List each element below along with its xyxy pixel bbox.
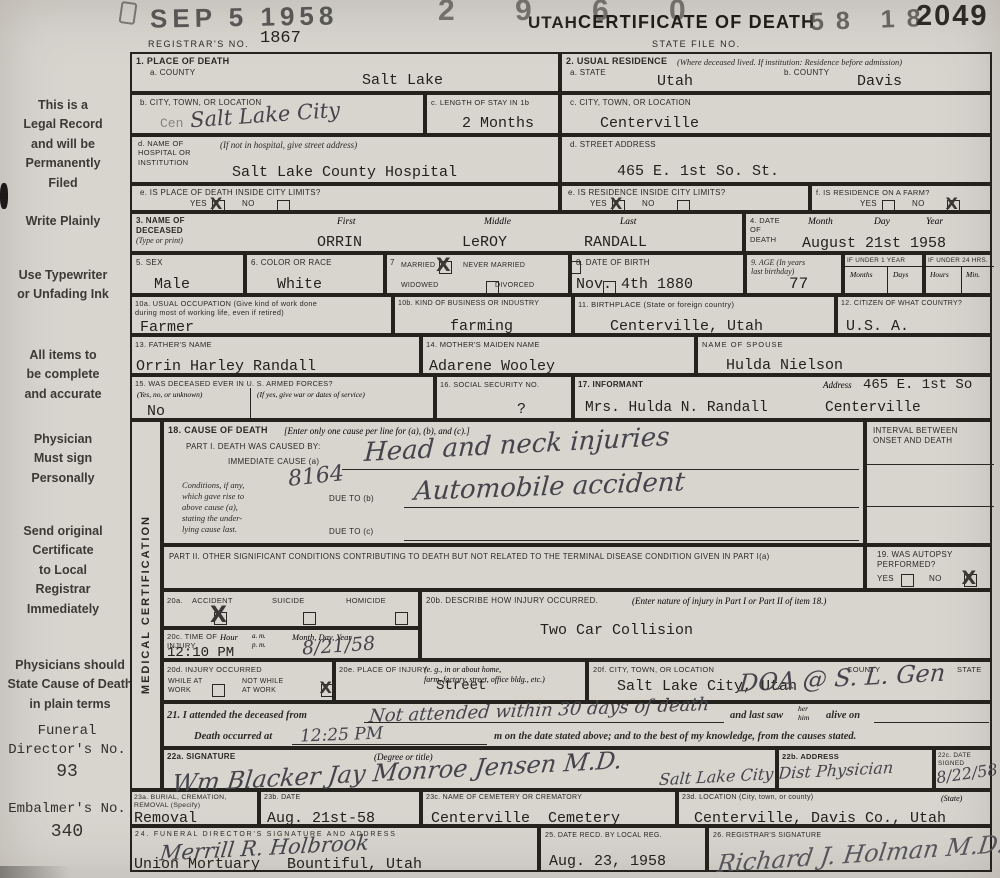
- under-24-hrs-label: IF UNDER 24 HRS.: [928, 257, 988, 265]
- hospital-note: (If not in hospital, give street address…: [220, 140, 357, 150]
- section-11-birthplace: 11. BIRTHPLACE (State or foreign country…: [573, 295, 836, 335]
- city-ghost-text: Cen: [160, 116, 183, 131]
- hospital-value: Salt Lake County Hospital: [232, 164, 457, 181]
- alive-on-text: alive on: [826, 710, 860, 721]
- state-file-no-label: STATE FILE NO.: [652, 39, 741, 50]
- hours-label: Hours: [930, 270, 949, 279]
- registrar-no-value: 1867: [260, 29, 301, 48]
- burial-date-label: 23b. DATE: [264, 794, 300, 803]
- section-20e-place-of-injury: 20e. PLACE OF INJURY (e. g., in or about…: [334, 660, 587, 702]
- section-22b-address: 22b. ADDRESS Salt Lake City Dist Physici…: [777, 748, 934, 790]
- place-of-death-header: 1. PLACE OF DEATH: [136, 56, 229, 67]
- place-of-injury-value: Street: [436, 678, 486, 694]
- s20a-num: 20a.: [167, 596, 183, 605]
- funeral-director-no: 93: [0, 760, 134, 784]
- section-20d-injury-occurred: 20d. INJURY OCCURRED WHILE AT WORK NOT W…: [162, 660, 334, 702]
- county-label: a. COUNTY: [150, 68, 195, 78]
- county-value: Salt Lake: [362, 72, 443, 89]
- section-18-cause-of-death: 18. CAUSE OF DEATH [Enter only one cause…: [162, 420, 865, 545]
- section-18-interval-column: INTERVAL BETWEEN ONSET AND DEATH: [865, 420, 992, 545]
- section-23c-cemetery: 23c. NAME OF CEMETERY OR CREMATORY Cente…: [421, 790, 677, 826]
- section-9b-under-1-year: IF UNDER 1 YEAR Months Days: [843, 253, 924, 295]
- father-name-label: 13. FATHER'S NAME: [135, 340, 212, 349]
- section-3-name-of-deceased: 3. NAME OF DECEASED (Type or print) Firs…: [130, 212, 744, 253]
- residence-city-label: c. CITY, TOWN, OR LOCATION: [570, 98, 691, 108]
- color-race-value: White: [277, 276, 322, 293]
- usual-residence-header: 2. USUAL RESIDENCE: [566, 56, 667, 67]
- informant-value: Mrs. Hulda N. Randall: [585, 400, 768, 416]
- scan-artifact: [0, 866, 70, 878]
- section-6-color-race: 6. COLOR OR RACE White: [245, 253, 385, 295]
- marital-num: 7: [390, 258, 395, 268]
- last-name-value: RANDALL: [584, 234, 647, 251]
- min-label: Min.: [966, 270, 980, 279]
- months-label: Months: [850, 270, 873, 279]
- armed-forces-label: 15. WAS DECEASED EVER IN U. S. ARMED FOR…: [135, 379, 333, 388]
- mother-name-label: 14. MOTHER'S MAIDEN NAME: [426, 340, 540, 349]
- residence-state-label: a. STATE: [570, 68, 606, 78]
- burial-value: Removal: [134, 810, 197, 827]
- section-4-date-of-death: 4. DATE OF DEATH Month Day Year August 2…: [744, 212, 992, 253]
- section-20a-accident-suicide-homicide: 20a. ACCIDENT SUICIDE HOMICIDE X: [162, 590, 420, 628]
- section-19-autopsy: 19. WAS AUTOPSY PERFORMED? YES NO X: [865, 545, 992, 590]
- signer-address-label: 22b. ADDRESS: [782, 752, 839, 761]
- informant-value2: Centerville: [825, 400, 921, 416]
- alive-on-blank: [874, 704, 989, 723]
- death-occurred-text: Death occurred at: [194, 731, 272, 742]
- section-17-informant: 17. INFORMANT Address 465 E. 1st So Mrs.…: [573, 375, 992, 420]
- section-22c-date-signed: 22c. DATE SIGNED 8/22/58: [934, 748, 992, 790]
- due-to-c-label: DUE TO (c): [329, 527, 373, 537]
- middle-name-label: Middle: [484, 217, 511, 227]
- while-at-work-checkbox: [212, 684, 225, 697]
- section-1e-city-limits: e. IS PLACE OF DEATH INSIDE CITY LIMITS?…: [130, 184, 560, 212]
- date-of-birth-value: Nov. 4th 1880: [576, 276, 693, 293]
- length-of-stay-value: 2 Months: [462, 115, 534, 132]
- her-text: her: [798, 704, 808, 713]
- section-26-registrar-signature: 26. REGISTRAR'S SIGNATURE Richard J. Hol…: [707, 826, 992, 872]
- cause-of-death-header: 18. CAUSE OF DEATH: [168, 425, 268, 436]
- section-part2: PART II. OTHER SIGNIFICANT CONDITIONS CO…: [162, 545, 865, 590]
- file-number-stamp-right: 2049: [916, 0, 989, 33]
- death-certificate-scan: This is a Legal Record and will be Perma…: [0, 0, 1000, 878]
- section-20b-how-injury-occurred: 20b. DESCRIBE HOW INJURY OCCURRED. (Ente…: [420, 590, 992, 660]
- section-9-age: 9. AGE (In years last birthday) 77: [745, 253, 843, 295]
- section-2d-street-address: d. STREET ADDRESS 465 E. 1st So. St.: [560, 135, 992, 184]
- type-or-print-note: (Type or print): [136, 236, 183, 245]
- autopsy-yes-checkbox: [901, 574, 914, 587]
- under-1-year-label: IF UNDER 1 YEAR: [847, 257, 905, 265]
- accident-checkbox: X: [214, 612, 227, 625]
- hour-label: Hour: [220, 632, 238, 642]
- date-of-death-label: 4. DATE OF DEATH: [750, 216, 780, 244]
- yes-label: YES: [877, 574, 894, 584]
- ampm-label: a. m. p. m.: [252, 632, 266, 650]
- attended-text-pre: 21. I attended the deceased from: [167, 710, 307, 721]
- citizen-label: 12. CITIZEN OF WHAT COUNTRY?: [841, 300, 962, 309]
- section-5-sex: 5. SEX Male: [130, 253, 245, 295]
- embalmer-no: 340: [0, 820, 134, 844]
- residence-state-value: Utah: [657, 73, 693, 90]
- death-occurred-text-post: m on the date stated above; and to the b…: [494, 731, 856, 742]
- married-checkbox: X: [439, 261, 452, 274]
- funeral-director-no-label: Funeral Director's No.: [0, 722, 134, 760]
- interval-line-2: [867, 422, 994, 507]
- part2-label: PART II. OTHER SIGNIFICANT CONDITIONS CO…: [169, 552, 770, 562]
- injury-state-label: STATE: [957, 665, 982, 674]
- date-received-value: Aug. 23, 1958: [549, 853, 666, 870]
- date-of-death-value: August 21st 1958: [802, 235, 946, 252]
- file-number-stamp-left: 58 18: [810, 4, 933, 37]
- margin-note-send-original: Send original Certificate to Local Regis…: [0, 522, 126, 619]
- margin-note-typewriter: Use Typewriter or Unfading Ink: [0, 266, 126, 305]
- section-2ab-state-county: 2. USUAL RESIDENCE (Where deceased lived…: [560, 52, 992, 93]
- section-13-father-name: 13. FATHER'S NAME Orrin Harley Randall: [130, 335, 421, 375]
- residence-city-limits-label: e. IS RESIDENCE INSIDE CITY LIMITS?: [568, 188, 726, 198]
- date-received-label: 25. DATE RECD. BY LOCAL REG.: [545, 832, 662, 841]
- due-to-b-label: DUE TO (b): [329, 494, 374, 504]
- registrar-no-label: REGISTRAR'S NO.: [148, 39, 249, 50]
- how-injury-value: Two Car Collision: [540, 622, 693, 639]
- him-text: him: [798, 713, 809, 722]
- cause-c-line: [404, 493, 859, 541]
- injury-location-handwritten: DOA @ S. L. Gen: [738, 659, 947, 698]
- section-25-date-received: 25. DATE RECD. BY LOCAL REG. Aug. 23, 19…: [539, 826, 707, 872]
- section-12-citizen: 12. CITIZEN OF WHAT COUNTRY? U.S. A.: [836, 295, 992, 335]
- section-10b-industry: 10b. KIND OF BUSINESS OR INDUSTRY farmin…: [393, 295, 573, 335]
- married-label: MARRIED: [401, 262, 435, 271]
- informant-address-value: 465 E. 1st So: [863, 377, 972, 393]
- time-of-injury-value: 12:10 PM: [167, 645, 234, 661]
- widowed-label: WIDOWED: [401, 282, 438, 291]
- age-value: 77: [789, 275, 808, 293]
- section-1c-length-of-stay: c. LENGTH OF STAY IN 1b 2 Months: [425, 93, 560, 135]
- cemetery-location-value: Centerville, Davis Co., Utah: [694, 810, 946, 827]
- days-label: Days: [893, 270, 908, 279]
- autopsy-label: 19. WAS AUTOPSY PERFORMED?: [877, 550, 953, 570]
- section-23d-cemetery-location: 23d. LOCATION (City, town, or county) (S…: [677, 790, 992, 826]
- month-label: Month: [808, 217, 833, 227]
- margin-note-complete: All items to be complete and accurate: [0, 346, 126, 404]
- death-time-handwritten: 12:25 PM: [300, 724, 384, 747]
- name-of-deceased-header: 3. NAME OF DECEASED: [136, 216, 185, 236]
- residence-county-value: Davis: [857, 73, 902, 90]
- injury-occurred-label: 20d. INJURY OCCURRED: [167, 665, 262, 674]
- registrar-signature-label: 26. REGISTRAR'S SIGNATURE: [713, 832, 821, 841]
- section-16-ssn: 16. SOCIAL SECURITY NO. ?: [435, 375, 573, 420]
- spouse-value: Hulda Nielson: [726, 357, 843, 374]
- yes-label: YES: [590, 199, 607, 209]
- sex-value: Male: [154, 276, 190, 293]
- section-23b-burial-date: 23b. DATE Aug. 21st-58: [259, 790, 421, 826]
- no-label: NO: [642, 199, 655, 209]
- citizen-value: U.S. A.: [846, 318, 909, 335]
- color-race-label: 6. COLOR OR RACE: [251, 258, 332, 268]
- date-of-birth-label: 8. DATE OF BIRTH: [576, 258, 650, 268]
- hospital-label: d. NAME OF HOSPITAL OR INSTITUTION: [138, 139, 191, 167]
- day-label: Day: [874, 217, 890, 227]
- section-8-date-of-birth: 8. DATE OF BIRTH Nov. 4th 1880: [570, 253, 745, 295]
- city-limits-label: e. IS PLACE OF DEATH INSIDE CITY LIMITS?: [140, 188, 321, 198]
- first-name-value: ORRIN: [317, 234, 362, 251]
- ssn-label: 16. SOCIAL SECURITY NO.: [440, 380, 539, 389]
- section-2c-residence-city: c. CITY, TOWN, OR LOCATION Centerville: [560, 93, 992, 135]
- industry-label: 10b. KIND OF BUSINESS OR INDUSTRY: [398, 300, 539, 309]
- ssn-value: ?: [517, 401, 526, 418]
- no-label: NO: [242, 199, 255, 209]
- section-7-marital-status: 7 MARRIED X NEVER MARRIED WIDOWED DIVORC…: [385, 253, 570, 295]
- armed-forces-value: No: [147, 403, 165, 420]
- informant-address-label: Address: [823, 380, 852, 390]
- section-1b-city: b. CITY, TOWN, OR LOCATION Cen Salt Lake…: [130, 93, 425, 135]
- state-title: UTAH: [528, 13, 578, 33]
- state-note: (State): [941, 794, 962, 803]
- no-label: NO: [912, 199, 925, 209]
- farm-label: f. IS RESIDENCE ON A FARM?: [816, 188, 930, 197]
- divorced-label: DIVORCED: [495, 282, 534, 291]
- section-1a-county: 1. PLACE OF DEATH a. COUNTY Salt Lake: [130, 52, 560, 93]
- age-label: 9. AGE (In years last birthday): [751, 258, 805, 276]
- medical-certification-label: MEDICAL CERTIFICATION: [140, 515, 152, 694]
- how-injury-label: 20b. DESCRIBE HOW INJURY OCCURRED.: [426, 596, 598, 606]
- section-21-attended-statement: 21. I attended the deceased from Not att…: [162, 702, 992, 748]
- sex-label: 5. SEX: [136, 258, 163, 268]
- cemetery-value: Centerville Cemetery: [431, 810, 620, 827]
- section-2f-farm: f. IS RESIDENCE ON A FARM? YES NO X: [810, 184, 992, 212]
- medical-certification-strip: MEDICAL CERTIFICATION: [130, 420, 162, 790]
- industry-value: farming: [450, 318, 513, 335]
- street-address-label: d. STREET ADDRESS: [570, 140, 656, 150]
- last-saw-text: and last saw: [730, 710, 783, 721]
- section-10a-occupation: 10a. USUAL OCCUPATION (Give kind of work…: [130, 295, 393, 335]
- mother-name-value: Adarene Wooley: [429, 358, 555, 375]
- date-of-injury-handwritten: 8/21/58: [301, 632, 376, 659]
- armed-forces-note1: (Yes, no, or unknown): [137, 390, 202, 399]
- informant-label: 17. INFORMANT: [578, 380, 643, 390]
- middle-name-value: LeROY: [462, 234, 507, 251]
- section-2e-residence-city-limits: e. IS RESIDENCE INSIDE CITY LIMITS? YES …: [560, 184, 810, 212]
- yes-label: YES: [190, 199, 207, 209]
- burial-date-value: Aug. 21st-58: [267, 810, 375, 827]
- autopsy-no-checkbox: X: [964, 574, 977, 587]
- conditions-note: Conditions, if any, which gave rise to a…: [182, 480, 244, 535]
- section-14-mother-maiden-name: 14. MOTHER'S MAIDEN NAME Adarene Wooley: [421, 335, 696, 375]
- year-label: Year: [926, 217, 943, 227]
- yes-label: YES: [860, 199, 877, 209]
- not-while-at-work-label: NOT WHILE AT WORK: [242, 678, 283, 696]
- section-15-armed-forces: 15. WAS DECEASED EVER IN U. S. ARMED FOR…: [130, 375, 435, 420]
- occupation-label: 10a. USUAL OCCUPATION (Give kind of work…: [135, 299, 317, 317]
- street-address-value: 465 E. 1st So. St.: [617, 163, 779, 180]
- not-while-at-work-checkbox: X: [321, 684, 334, 697]
- margin-note-write-plainly: Write Plainly: [0, 212, 126, 231]
- suicide-checkbox: [303, 612, 316, 625]
- scan-artifact: [119, 1, 138, 25]
- father-name-value: Orrin Harley Randall: [136, 358, 316, 375]
- section-1d-hospital: d. NAME OF HOSPITAL OR INSTITUTION (If n…: [130, 135, 560, 184]
- birthplace-label: 11. BIRTHPLACE (State or foreign country…: [578, 300, 734, 309]
- occupation-value: Farmer: [140, 319, 194, 336]
- signature-label: 22a. SIGNATURE: [167, 752, 236, 762]
- length-of-stay-label: c. LENGTH OF STAY IN 1b: [431, 98, 529, 107]
- section-9c-under-24-hrs: IF UNDER 24 HRS. Hours Min.: [924, 253, 992, 295]
- no-label: NO: [929, 574, 942, 584]
- first-name-label: First: [337, 217, 355, 227]
- usual-residence-note: (Where deceased lived. If institution: R…: [677, 57, 902, 67]
- section-24-funeral-director: 24. FUNERAL DIRECTOR'S SIGNATURE AND ADD…: [130, 826, 539, 872]
- homicide-label: HOMICIDE: [346, 596, 386, 605]
- injury-city-label: 20f. CITY, TOWN, OR LOCATION: [593, 665, 714, 674]
- section-20c-time-of-injury: 20c. TIME OF INJURY Hour a. m. p. m. Mon…: [162, 628, 420, 660]
- cemetery-label: 23c. NAME OF CEMETERY OR CREMATORY: [426, 794, 582, 803]
- how-injury-note: (Enter nature of injury in Part I or Par…: [632, 596, 826, 606]
- while-at-work-label: WHILE AT WORK: [168, 678, 203, 696]
- margin-note-physician-sign: Physician Must sign Personally: [0, 430, 126, 488]
- margin-note-plain-terms: Physicians should State Cause of Death i…: [0, 656, 140, 714]
- margin-note-legal-record: This is a Legal Record and will be Perma…: [0, 96, 126, 193]
- part1-label: PART I. DEATH WAS CAUSED BY:: [186, 442, 321, 452]
- never-married-label: NEVER MARRIED: [463, 262, 525, 271]
- armed-forces-note2: (If yes, give war or dates of service): [257, 390, 365, 399]
- received-date-stamp: SEP 5 1958: [150, 0, 339, 34]
- cause-code-handwritten: 8164: [287, 461, 345, 492]
- suicide-label: SUICIDE: [272, 596, 305, 605]
- homicide-checkbox: [395, 612, 408, 625]
- residence-city-value: Centerville: [600, 115, 699, 132]
- embalmer-no-label: Embalmer's No.: [0, 800, 134, 819]
- spouse-label: NAME OF SPOUSE: [702, 340, 784, 349]
- residence-county-label: b. COUNTY: [784, 68, 829, 78]
- birthplace-value: Centerville, Utah: [610, 318, 763, 335]
- cemetery-location-label: 23d. LOCATION (City, town, or county): [682, 794, 813, 803]
- last-name-label: Last: [620, 217, 636, 227]
- section-spouse-name: NAME OF SPOUSE Hulda Nielson: [696, 335, 992, 375]
- certificate-title: CERTIFICATE OF DEATH: [578, 12, 815, 33]
- place-of-injury-label: 20e. PLACE OF INJURY: [339, 665, 428, 674]
